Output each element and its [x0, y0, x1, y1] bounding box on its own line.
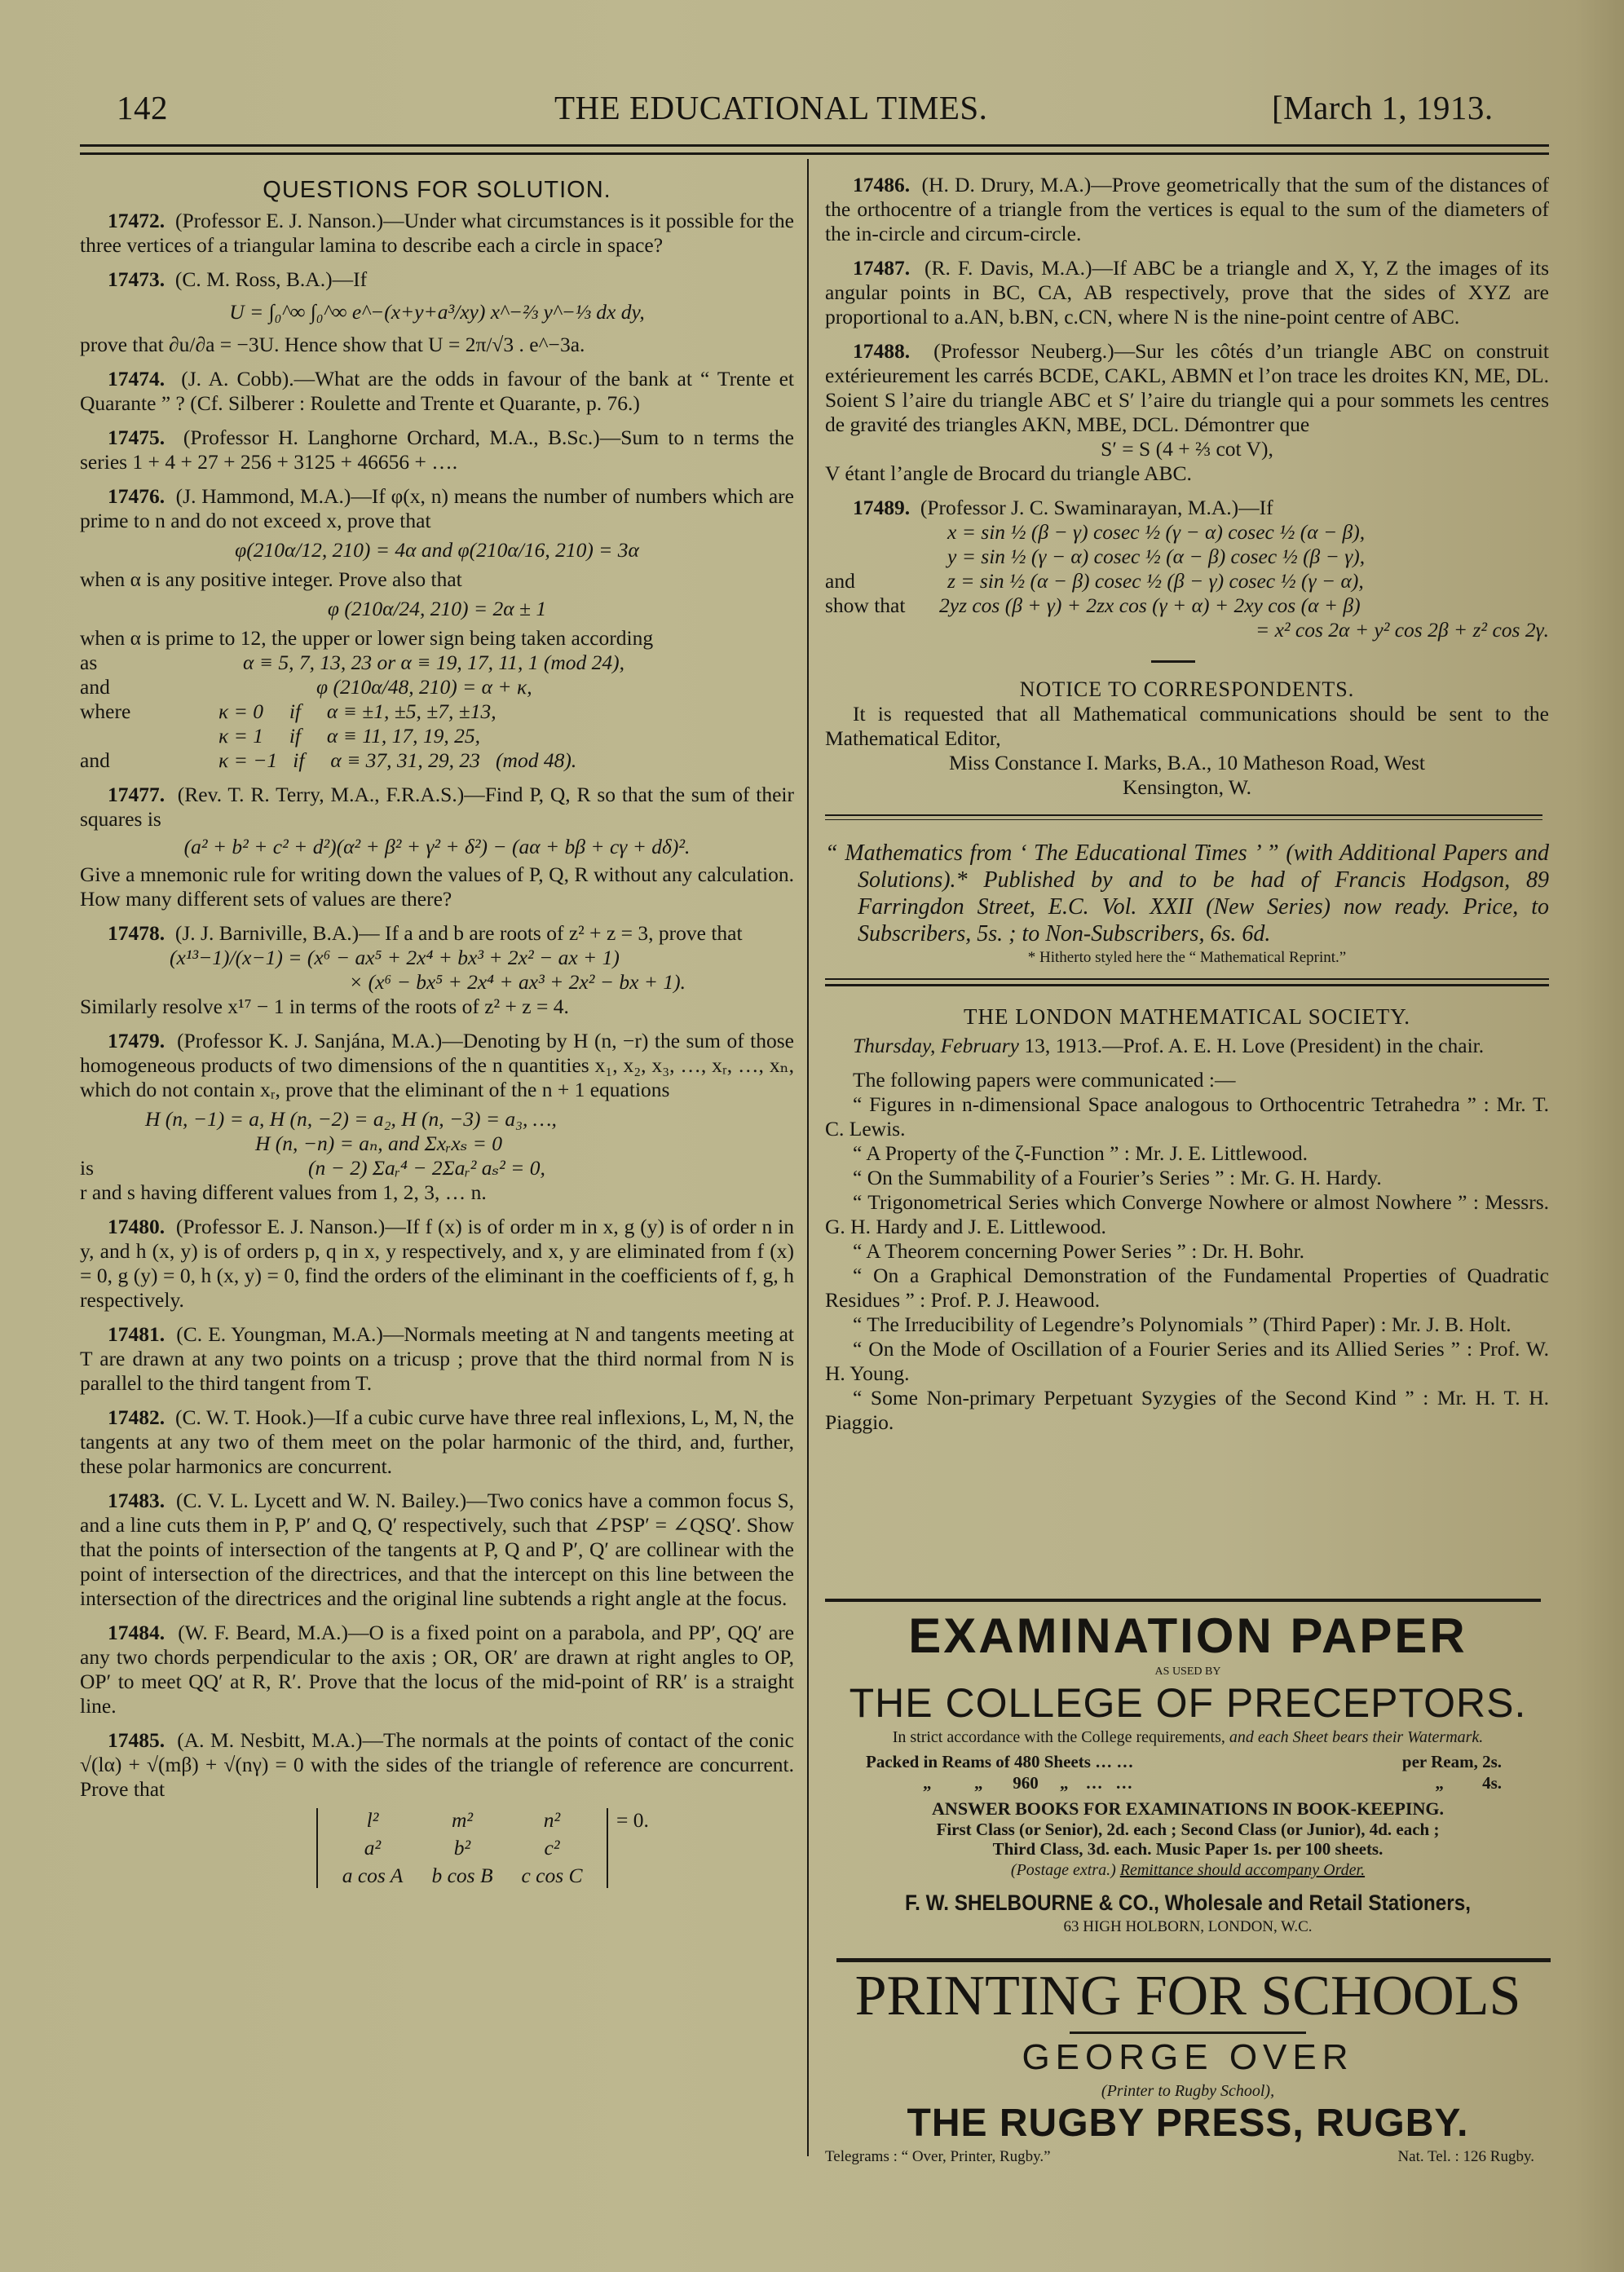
reprint-notice: “ Mathematics from ‘ The Educational Tim…: [825, 840, 1549, 968]
header-rule-bottom: [80, 152, 1549, 155]
right-column: 17486. (H. D. Drury, M.A.)—Prove geometr…: [825, 173, 1549, 1435]
examination-paper-ad: EXAMINATION PAPER AS USED BY THE COLLEGE…: [825, 1608, 1551, 1937]
question-17488: 17488. (Professor Neuberg.)—Sur les côté…: [825, 339, 1549, 486]
london-mathematical-society: THE LONDON MATHEMATICAL SOCIETY. Thursda…: [825, 1004, 1549, 1435]
paper-item: “ A Theorem concerning Power Series ” : …: [825, 1239, 1549, 1264]
header-rule-top: [80, 144, 1549, 147]
question-17482: 17482. (C. W. T. Hook.)—If a cubic curve…: [80, 1405, 794, 1479]
short-rule: [1151, 660, 1195, 663]
left-column: QUESTIONS FOR SOLUTION. 17472. (Professo…: [80, 178, 794, 1898]
question-17476: 17476. (J. Hammond, M.A.)—If φ(x, n) mea…: [80, 484, 794, 773]
printing-for-schools-ad: PRINTING FOR SCHOOLS GEORGE OVER (Printe…: [825, 1963, 1551, 2168]
paper-item: “ A Property of the ζ-Function ” : Mr. J…: [825, 1141, 1549, 1166]
question-17477: 17477. (Rev. T. R. Terry, M.A., F.R.A.S.…: [80, 783, 794, 911]
paper-item: “ Some Non-primary Perpetuant Syzygies o…: [825, 1386, 1549, 1435]
divider-rule: [825, 814, 1542, 816]
divider-rule: [825, 984, 1549, 986]
question-17486: 17486. (H. D. Drury, M.A.)—Prove geometr…: [825, 173, 1549, 246]
question-17478: 17478. (J. J. Barniville, B.A.)— If a an…: [80, 921, 794, 1019]
journal-title: THE EDUCATIONAL TIMES.: [554, 88, 987, 127]
notice-to-correspondents: NOTICE TO CORRESPONDENTS. It is requeste…: [825, 677, 1549, 800]
paper-item: “ Figures in n-dimensional Space analogo…: [825, 1092, 1549, 1141]
paper-item: “ On a Graphical Demonstration of the Fu…: [825, 1264, 1549, 1312]
paper-item: “ On the Summability of a Fourier’s Seri…: [825, 1166, 1549, 1190]
ad-headline: PRINTING FOR SCHOOLS: [825, 1963, 1551, 2030]
question-17472: 17472. (Professor E. J. Nanson.)—Under w…: [80, 209, 794, 258]
issue-date: [March 1, 1913.: [1272, 88, 1494, 127]
page-number: 142: [117, 88, 168, 127]
question-17485: 17485. (A. M. Nesbitt, M.A.)—The normals…: [80, 1728, 794, 1888]
determinant: l² m² n² a² b² c² a cos A b cos B c cos …: [316, 1808, 794, 1888]
question-17489: 17489. (Professor J. C. Swaminarayan, M.…: [825, 496, 1549, 642]
equation: U = ∫₀^∞ ∫₀^∞ e^−(x+y+a³/xy) x^−⅔ y^−⅓ d…: [80, 300, 794, 324]
question-17474: 17474. (J. A. Cobb).—What are the odds i…: [80, 367, 794, 416]
question-17481: 17481. (C. E. Youngman, M.A.)—Normals me…: [80, 1322, 794, 1396]
question-17484: 17484. (W. F. Beard, M.A.)—O is a fixed …: [80, 1621, 794, 1718]
question-17479: 17479. (Professor K. J. Sanjána, M.A.)—D…: [80, 1029, 794, 1205]
paper-item: “ Trigonometrical Series which Converge …: [825, 1190, 1549, 1239]
ad-headline: EXAMINATION PAPER: [825, 1608, 1551, 1665]
divider-rule: [825, 978, 1549, 980]
divider-rule: [825, 819, 1542, 820]
ad-rule: [825, 1599, 1541, 1602]
paper-item: “ The Irreducibility of Legendre’s Polyn…: [825, 1312, 1549, 1337]
question-17487: 17487. (R. F. Davis, M.A.)—If ABC be a t…: [825, 256, 1549, 329]
question-17475: 17475. (Professor H. Langhorne Orchard, …: [80, 426, 794, 474]
paper-item: “ On the Mode of Oscillation of a Fourie…: [825, 1337, 1549, 1386]
short-rule: [1070, 2032, 1306, 2034]
question-17473: 17473. (C. M. Ross, B.A.)—If U = ∫₀^∞ ∫₀…: [80, 267, 794, 357]
question-17480: 17480. (Professor E. J. Nanson.)—If f (x…: [80, 1215, 794, 1312]
section-title: QUESTIONS FOR SOLUTION.: [80, 178, 794, 202]
column-divider: [807, 159, 809, 2156]
question-17483: 17483. (C. V. L. Lycett and W. N. Bailey…: [80, 1489, 794, 1611]
ad-rule: [836, 1958, 1551, 1962]
